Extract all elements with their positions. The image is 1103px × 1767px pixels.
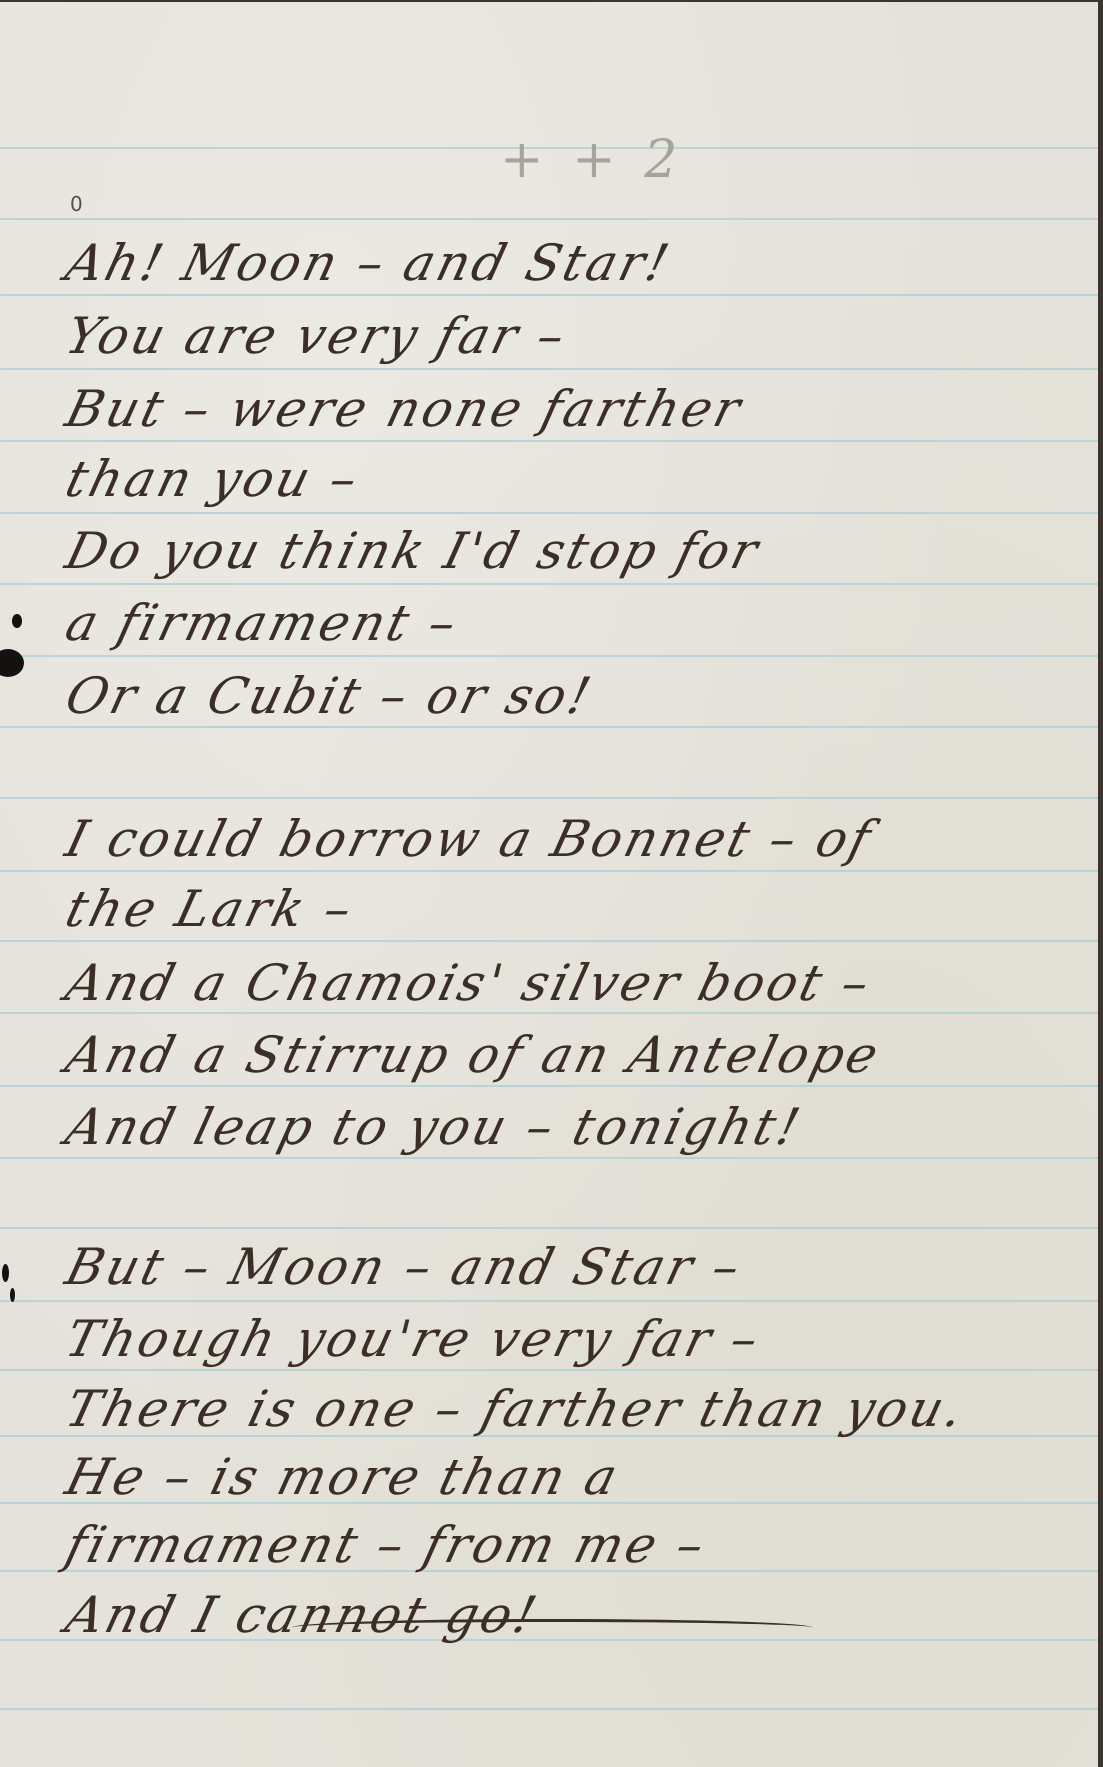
ruled-line xyxy=(0,218,1098,220)
ruled-line xyxy=(0,1085,1098,1087)
poem-line: You are very far – xyxy=(60,307,574,365)
ruled-line xyxy=(0,726,1098,728)
margin-mark: 0 xyxy=(70,192,83,216)
poem-line: And a Chamois' silver boot – xyxy=(60,954,878,1012)
pencil-annotation: + + 2 xyxy=(500,130,683,190)
ink-blot xyxy=(10,1288,15,1302)
ruled-line xyxy=(0,797,1098,799)
poem-line: But – were none farther xyxy=(60,380,749,438)
poem-line: Though you're very far – xyxy=(60,1310,767,1368)
poem-line: the Lark – xyxy=(60,880,360,938)
poem-line: than you – xyxy=(60,450,366,508)
ruled-line xyxy=(0,368,1098,370)
poem-line: Or a Cubit – or so! xyxy=(60,667,599,725)
poem-line: There is one – farther than you. xyxy=(60,1380,972,1438)
poem-line: Ah! Moon – and Star! xyxy=(60,234,677,292)
poem-line: a firmament – xyxy=(60,594,465,652)
manuscript-page: + + 2 0 Ah! Moon – and Star! You are ver… xyxy=(0,2,1098,1767)
ink-blot xyxy=(2,1264,9,1282)
ruled-line xyxy=(0,940,1098,942)
poem-line: But – Moon – and Star – xyxy=(60,1238,749,1296)
ruled-line xyxy=(0,655,1098,657)
ink-blot xyxy=(12,614,22,628)
ruled-line xyxy=(0,440,1098,442)
poem-line: And leap to you – tonight! xyxy=(60,1098,808,1156)
ruled-line xyxy=(0,1157,1098,1159)
poem-line: I could borrow a Bonnet – of xyxy=(60,810,879,868)
poem-line: firmament – from me – xyxy=(60,1516,713,1574)
poem-line: He – is more than a xyxy=(60,1448,626,1506)
ruled-line xyxy=(0,870,1098,872)
poem-line: And a Stirrup of an Antelope xyxy=(60,1026,887,1084)
ink-blot xyxy=(0,649,24,677)
closing-flourish xyxy=(292,1619,812,1636)
ruled-line xyxy=(0,1300,1098,1302)
ruled-line xyxy=(0,1012,1098,1014)
ruled-line xyxy=(0,583,1098,585)
ruled-line xyxy=(0,512,1098,514)
ruled-line xyxy=(0,1227,1098,1229)
poem-line: Do you think I'd stop for xyxy=(60,522,766,580)
ruled-line xyxy=(0,294,1098,296)
ruled-line xyxy=(0,1369,1098,1371)
ruled-line xyxy=(0,1708,1098,1710)
